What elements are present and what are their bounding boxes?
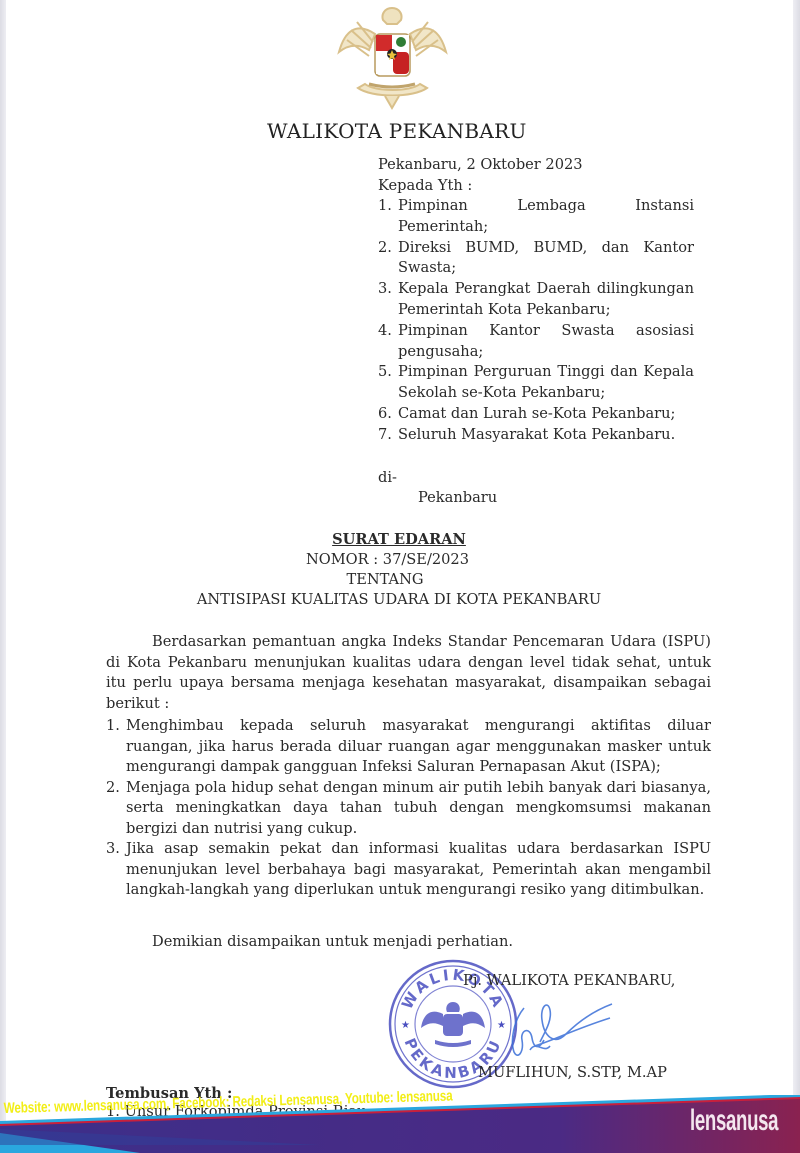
circular-about-label: TENTANG: [0, 570, 800, 590]
brand-logo: lensanusa: [690, 1104, 778, 1138]
instruction-item: 2.Menjaga pola hidup sehat dengan minum …: [106, 778, 711, 840]
recipient-item: 4.Pimpinan Kantor Swasta asosiasi pengus…: [378, 321, 694, 363]
recipient-item: 7.Seluruh Masyarakat Kota Pekanbaru.: [378, 425, 694, 446]
circular-heading-block: SURAT EDARAN NOMOR : 37/SE/2023 TENTANG …: [0, 530, 800, 610]
recipient-list-rendered: 1.Pimpinan Lembaga Instansi Pemerintah;2…: [378, 196, 694, 446]
recipient-number: 4.: [378, 321, 392, 342]
handwritten-signature-icon: [500, 990, 615, 1065]
recipient-text: Kepala Perangkat Daerah dilingkungan Pem…: [398, 280, 694, 318]
recipient-item: 5.Pimpinan Perguruan Tinggi dan Kepala S…: [378, 362, 694, 404]
recipient-item: 6.Camat dan Lurah se-Kota Pekanbaru;: [378, 404, 694, 425]
circular-number: NOMOR : 37/SE/2023: [0, 550, 800, 570]
svg-text:★: ★: [401, 1020, 410, 1031]
recipient-text: Camat dan Lurah se-Kota Pekanbaru;: [398, 405, 675, 422]
instruction-number: 2.: [106, 778, 120, 799]
recipient-label: Kepada Yth :: [378, 176, 472, 197]
letter-title: WALIKOTA PEKANBARU: [267, 119, 527, 143]
circular-subject: ANTISIPASI KUALITAS UDARA DI KOTA PEKANB…: [0, 590, 800, 610]
instruction-number: 3.: [106, 839, 120, 860]
recipient-number: 3.: [378, 279, 392, 300]
recipient-number: 2.: [378, 238, 392, 259]
recipient-text: Direksi BUMD, BUMD, dan Kantor Swasta;: [398, 239, 694, 277]
instruction-number: 1.: [106, 716, 120, 737]
intro-paragraph: Berdasarkan pemantuan angka Indeks Stand…: [106, 632, 711, 714]
instruction-text: Menghimbau kepada seluruh masyarakat men…: [126, 717, 711, 775]
destination-label: di-: [378, 468, 397, 489]
instruction-item: 1.Menghimbau kepada seluruh masyarakat m…: [106, 716, 711, 778]
garuda-emblem-icon: [335, 0, 450, 110]
instruction-list: 1.Menghimbau kepada seluruh masyarakat m…: [106, 716, 711, 901]
instruction-text: Jika asap semakin pekat dan informasi ku…: [126, 840, 711, 898]
recipient-item: 1.Pimpinan Lembaga Instansi Pemerintah;: [378, 196, 694, 238]
recipient-item: 2.Direksi BUMD, BUMD, dan Kantor Swasta;: [378, 238, 694, 280]
recipient-number: 1.: [378, 196, 392, 217]
recipient-text: Pimpinan Kantor Swasta asosiasi pengusah…: [398, 322, 694, 360]
instruction-text: Menjaga pola hidup sehat dengan minum ai…: [126, 779, 711, 837]
recipient-text: Seluruh Masyarakat Kota Pekanbaru.: [398, 426, 675, 443]
place-date: Pekanbaru, 2 Oktober 2023: [378, 155, 583, 176]
closing-sentence: Demikian disampaikan untuk menjadi perha…: [152, 932, 513, 953]
signatory-title: Pj. WALIKOTA PEKANBARU,: [463, 972, 675, 989]
recipient-text: Pimpinan Lembaga Instansi Pemerintah;: [398, 197, 694, 235]
signatory-name: MUFLIHUN, S.STP, M.AP: [478, 1064, 667, 1081]
destination-place: Pekanbaru: [418, 488, 497, 509]
recipient-number: 6.: [378, 404, 392, 425]
recipient-text: Pimpinan Perguruan Tinggi dan Kepala Sek…: [398, 363, 694, 401]
instruction-item: 3.Jika asap semakin pekat dan informasi …: [106, 839, 711, 901]
recipient-item: 3.Kepala Perangkat Daerah dilingkungan P…: [378, 279, 694, 321]
circular-heading: SURAT EDARAN: [0, 530, 800, 550]
recipient-number: 7.: [378, 425, 392, 446]
recipient-number: 5.: [378, 362, 392, 383]
